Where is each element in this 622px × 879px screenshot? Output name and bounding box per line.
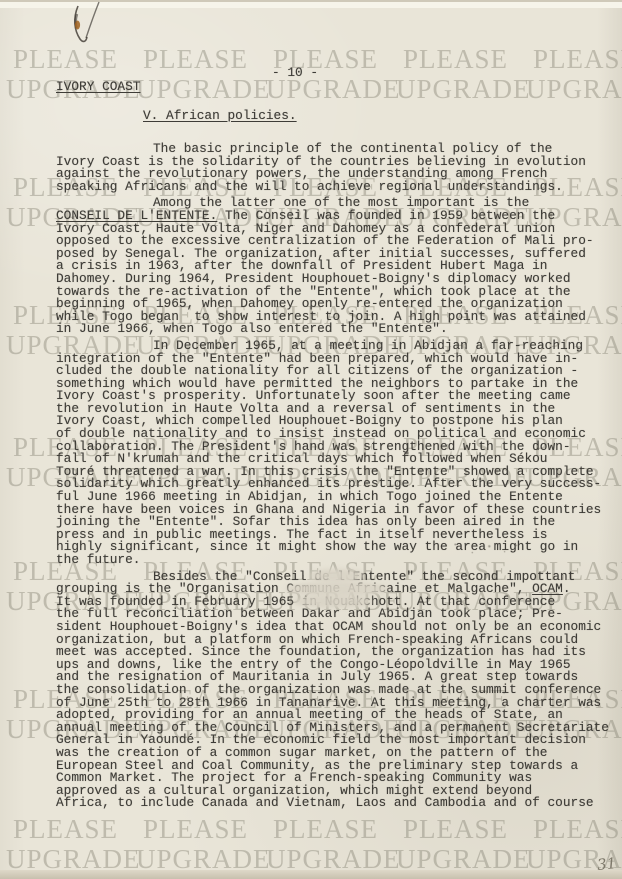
paragraph: In December 1965, at a meeting in Abidja… — [56, 340, 616, 567]
text-line: in June 1966, when Togo also entered the… — [56, 323, 616, 336]
handwritten-page-number: 31 — [596, 854, 617, 874]
ink-smudge — [286, 582, 388, 596]
text-line: Africa, to include Canada and Vietnam, L… — [56, 797, 616, 810]
document-page: PLEASEPLEASEPLEASEPLEASEPLEASEUPGRADEUPG… — [0, 0, 622, 879]
ink-speckles — [440, 540, 525, 558]
country-label: IVORY COAST — [56, 79, 140, 94]
watermark-word: UPGRADE — [136, 74, 271, 105]
document-body: The basic principle of the continental p… — [56, 143, 616, 814]
paragraph: The basic principle of the continental p… — [56, 143, 616, 193]
pen-mark — [66, 0, 116, 52]
watermark-word: UPGRADE — [526, 74, 622, 105]
paragraph: Among the latter one of the most importa… — [56, 197, 616, 336]
section-heading: V. African policies. — [143, 108, 297, 123]
text-line: the future. — [56, 554, 616, 567]
ink-smudge — [310, 569, 364, 582]
ink-blob — [75, 21, 80, 30]
watermark-word: PLEASE — [273, 814, 378, 845]
page-number: - 10 - — [272, 65, 318, 80]
watermark-word: PLEASE — [13, 814, 118, 845]
page-bottom-edge — [0, 870, 622, 879]
watermark-word: PLEASE — [533, 814, 622, 845]
watermark-word: PLEASE — [143, 814, 248, 845]
text-line: speaking Africans and the will to achiev… — [56, 181, 616, 194]
watermark-word: UPGRADE — [396, 74, 531, 105]
watermark-word: PLEASE — [143, 44, 248, 75]
watermark-word: PLEASE — [403, 44, 508, 75]
watermark-word: PLEASE — [533, 44, 622, 75]
ink-smudge — [294, 595, 372, 608]
watermark-word: PLEASE — [403, 814, 508, 845]
